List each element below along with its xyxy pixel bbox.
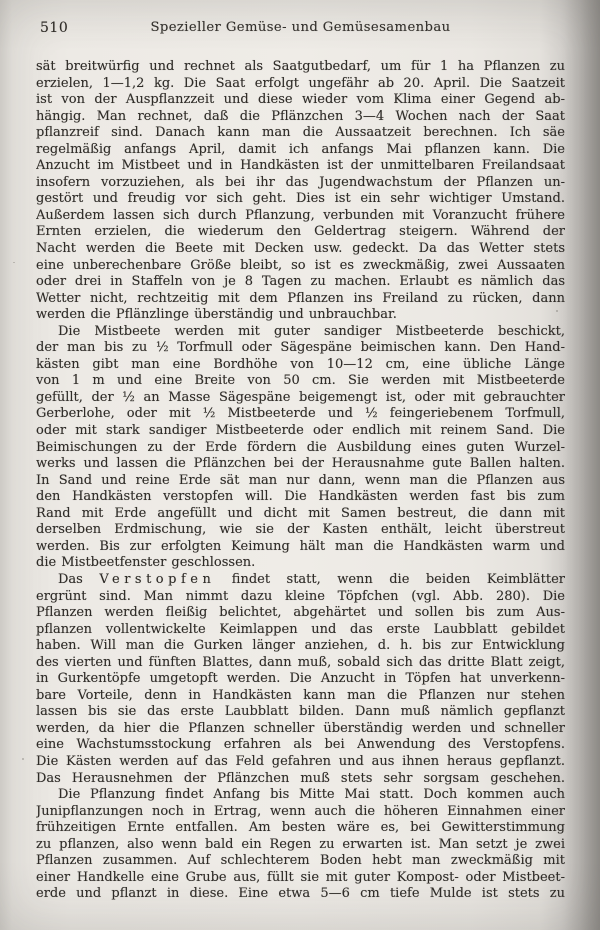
text-line: Die Kästen werden auf das Feld gefahren … (36, 754, 565, 771)
text-line: in Gurkentöpfe umgetopft werden. Die Anz… (36, 671, 565, 688)
text-line: Anzucht im Mistbeet und in Handkästen is… (36, 158, 565, 175)
text-line: pflanzen vollentwickelte Keimlappen und … (36, 622, 565, 639)
text-line: gefüllt, der ½ an Masse Sägespäne beigem… (36, 390, 565, 407)
page-edge-shadow (560, 0, 600, 930)
text-line: kästen gibt man eine Bordhöhe von 10—12 … (36, 357, 565, 374)
text-line: einer Handkelle eine Grube aus, füllt si… (36, 870, 565, 887)
text-line: regelmäßig anfangs April, damit ich anfa… (36, 142, 565, 159)
text-line: des vierten und fünften Blattes, dann mu… (36, 655, 565, 672)
text-line: die Mistbeetfenster geschlossen. (36, 555, 565, 572)
text-line: eine unberechenbare Größe bleibt, so ist… (36, 258, 565, 275)
emphasized-term: Verstopfen (99, 572, 215, 587)
text-line: von 1 m und eine Breite von 50 cm. Sie w… (36, 373, 565, 390)
text-line: oder mit stark sandiger Mistbeeterde ode… (36, 423, 565, 440)
text-line: sät breitwürfig und rechnet als Saatgutb… (36, 59, 565, 76)
scan-speck (13, 262, 15, 263)
text-line: erzielen, 1—1,2 kg. Die Saat erfolgt ung… (36, 76, 565, 93)
text-segment: findet statt, wenn die beiden Keimblätte… (215, 572, 565, 587)
text-line: Außerdem lassen sich durch Pflanzung, ve… (36, 208, 565, 225)
text-line: werks und lassen die Pflänzchen bei der … (36, 456, 565, 473)
text-line: In Sand und reine Erde sät man nur dann,… (36, 473, 565, 490)
text-line: eine Wachstumsstockung erfahren als bei … (36, 737, 565, 754)
text-line: derselben Erdmischung, wie sie der Kaste… (36, 522, 565, 539)
text-line: insofern vorzuziehen, als bei ihr das Ju… (36, 175, 565, 192)
paragraph: Die Mistbeete werden mit guter sandiger … (36, 324, 565, 572)
text-line: ergrünt sind. Man nimmt dazu kleine Töpf… (36, 589, 565, 606)
text-line: ist von der Auspflanzzeit und diese wied… (36, 92, 565, 109)
running-header: 510 Spezieller Gemüse- und Gemüsesamenba… (36, 20, 565, 38)
text-line: Ernten erzielen, die wiederum den Gelder… (36, 224, 565, 241)
text-line: erde und pflanzt in diese. Eine etwa 5—6… (36, 886, 565, 903)
text-line: Gerberlohe, oder mit ½ Mistbeeterde und … (36, 406, 565, 423)
text-line: Pflanzen zusammen. Auf schlechterem Bode… (36, 853, 565, 870)
scan-speck (556, 310, 558, 312)
running-header-title: Spezieller Gemüse- und Gemüsesamenbau (36, 20, 565, 35)
text-line: Pflanzen werden fleißig belichtet, abgeh… (36, 605, 565, 622)
text-line: Die Pflanzung findet Anfang bis Mitte Ma… (36, 787, 565, 804)
text-line: Rand mit Erde angefüllt und dicht mit Sa… (36, 506, 565, 523)
text-line: werden, da hier die Pflanzen schneller ü… (36, 721, 565, 738)
text-line: Nacht werden die Beete mit Decken usw. g… (36, 241, 565, 258)
text-block: sät breitwürfig und rechnet als Saatgutb… (36, 59, 565, 903)
text-line: werden die Pflänzlinge überständig und u… (36, 307, 565, 324)
text-line: Junipflanzungen noch in Ertrag, wenn auc… (36, 804, 565, 821)
text-line: Wetter nicht, rechtzeitig mit dem Pflanz… (36, 291, 565, 308)
text-line: gestört und freudig vor sich geht. Dies … (36, 191, 565, 208)
text-line: pflanzreif sind. Danach kann man die Aus… (36, 125, 565, 142)
text-line: Das Verstopfen findet statt, wenn die be… (36, 572, 565, 589)
text-line: bare Vorteile, denn in Handkästen kann m… (36, 688, 565, 705)
text-line: Beimischungen zu der Erde fördern die Au… (36, 440, 565, 457)
text-line: werden. Bis zur erfolgten Keimung hält m… (36, 539, 565, 556)
text-line: Das Herausnehmen der Pflänzchen muß stet… (36, 771, 565, 788)
scan-speck (22, 758, 24, 760)
text-line: der man bis zu ½ Torfmull oder Sägespäne… (36, 340, 565, 357)
text-line: den Handkästen verstopfen will. Die Hand… (36, 489, 565, 506)
paragraph: Das Verstopfen findet statt, wenn die be… (36, 572, 565, 787)
book-page: 510 Spezieller Gemüse- und Gemüsesamenba… (0, 0, 600, 930)
paragraph: sät breitwürfig und rechnet als Saatgutb… (36, 59, 565, 324)
text-line: zu pflanzen, also wenn bald ein Regen zu… (36, 837, 565, 854)
text-line: hängig. Man rechnet, daß die Pflänzchen … (36, 109, 565, 126)
text-segment: Das (58, 572, 99, 587)
text-line: oder drei in Staffeln von je 8 Tagen zu … (36, 274, 565, 291)
text-line: haben. Will man die Gurken länger anzieh… (36, 638, 565, 655)
text-line: frühzeitigen Ernte entfallen. Am besten … (36, 820, 565, 837)
page-number: 510 (40, 20, 68, 36)
text-line: lassen bis sie das erste Laubblatt bilde… (36, 704, 565, 721)
text-line: Die Mistbeete werden mit guter sandiger … (36, 324, 565, 341)
paragraph: Die Pflanzung findet Anfang bis Mitte Ma… (36, 787, 565, 903)
